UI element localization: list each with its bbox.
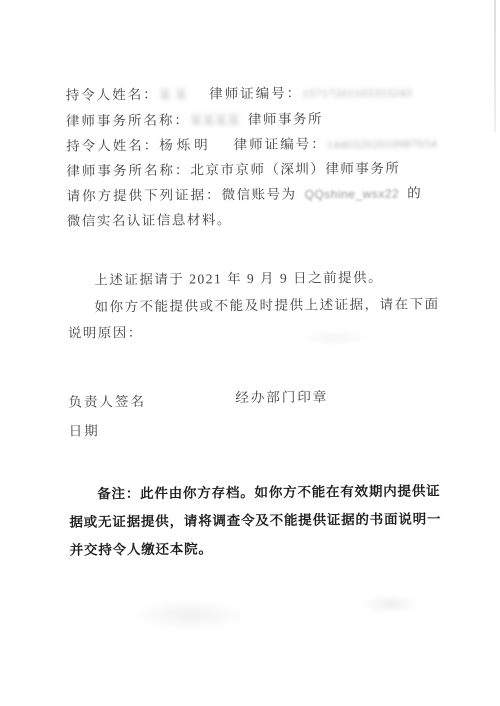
- note-row-2: 据或无证据提供，请将调查令及不能提供证据的书面说明一: [69, 507, 441, 530]
- note-row-3: 并交持令人缴还本院。: [70, 537, 213, 558]
- holder2-row: 持令人姓名：杨烁明律师证编号：14403202010987654: [66, 131, 437, 154]
- evidence-suffix: 的: [407, 185, 422, 200]
- firm1-row: 律师事务所名称：某某某某律师事务所: [66, 107, 323, 129]
- fallback-row-1: 如你方不能提供或不能及时提供上述证据，请在下面: [94, 292, 439, 315]
- document-body: 持令人姓名：某 某律师证编号：15717201103353243 律师事务所名称…: [0, 0, 500, 706]
- seal-label: 经办部门印章: [235, 389, 328, 405]
- holder1-row: 持令人姓名：某 某律师证编号：15717201103353243: [66, 81, 413, 104]
- deadline-row: 上述证据请于 2021 年 9 月 9 日之前提供。: [94, 266, 383, 289]
- holder2-name: 杨烁明: [159, 137, 212, 152]
- note-row-1: 备注：此件由你方存档。如你方不能在有效期内提供证: [97, 479, 440, 502]
- holder1-license-label: 律师证编号：: [209, 86, 302, 102]
- evidence-row-2: 微信实名认证信息材料。: [67, 208, 232, 229]
- firm1-suffix: 律师事务所: [248, 111, 323, 127]
- signature-row: 负责人签名: [68, 390, 146, 411]
- note-text-3: 并交持令人缴还本院。: [70, 541, 213, 557]
- firm1-label: 律师事务所名称：: [66, 113, 190, 129]
- scanned-legal-document: 持令人姓名：某 某律师证编号：15717201103353243 律师事务所名称…: [0, 0, 500, 706]
- evidence-prefix: 微信账号为: [222, 187, 297, 203]
- firm2-row: 律师事务所名称：北京市京师（深圳）律师事务所: [66, 157, 400, 180]
- fallback-text-2: 说明原因：: [68, 325, 143, 341]
- evidence-line2: 微信实名认证信息材料。: [67, 212, 232, 228]
- fallback-row-2: 说明原因：: [68, 321, 143, 342]
- holder1-license-redacted: 15717201103353243: [302, 86, 412, 101]
- holder2-license-redacted: 14403202010987654: [327, 136, 438, 151]
- signature-label: 负责人签名: [68, 394, 146, 410]
- holder2-name-label: 持令人姓名：: [66, 138, 159, 154]
- seal-row: 经办部门印章: [235, 385, 328, 406]
- holder1-name-redacted: 某 某: [159, 88, 188, 102]
- wechat-account-redacted: QQshine_wsx22: [305, 187, 400, 202]
- firm2-name: 北京市京师（深圳）律师事务所: [190, 161, 400, 178]
- firm1-name-redacted: 某某某某: [190, 113, 240, 127]
- deadline-text: 上述证据请于 2021 年 9 月 9 日之前提供。: [94, 270, 383, 288]
- holder2-license-label: 律师证编号：: [234, 136, 327, 152]
- date-label: 日期: [69, 423, 100, 438]
- firm2-label: 律师事务所名称：: [66, 163, 190, 179]
- holder1-name-label: 持令人姓名：: [66, 87, 159, 103]
- note-text-2: 据或无证据提供，请将调查令及不能提供证据的书面说明一: [69, 511, 441, 529]
- date-row: 日期: [69, 419, 100, 439]
- evidence-row: 请你方提供下列证据：微信账号为QQshine_wsx22的: [67, 181, 423, 204]
- evidence-label: 请你方提供下列证据：: [67, 187, 222, 203]
- fallback-text-1: 如你方不能提供或不能及时提供上述证据，请在下面: [95, 296, 440, 314]
